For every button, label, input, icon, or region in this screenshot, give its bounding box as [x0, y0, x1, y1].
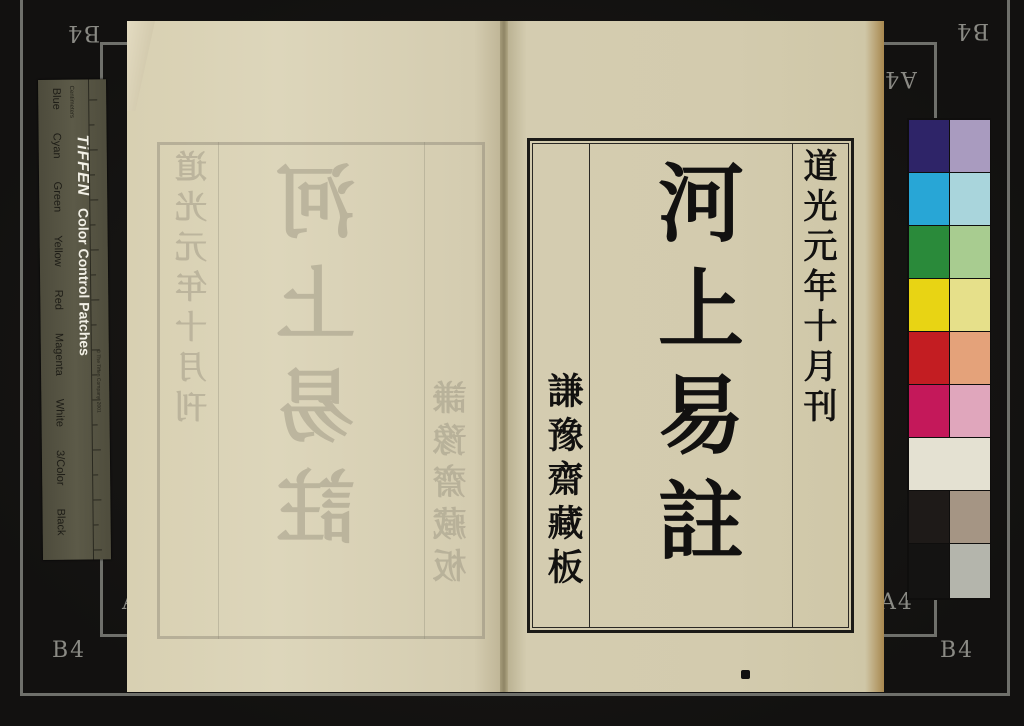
- mat-label-a4-top-right: A4: [883, 66, 917, 91]
- patch-red: [909, 332, 949, 384]
- column-divider-right: [792, 143, 793, 628]
- ghost-column-line: [218, 142, 219, 639]
- patch-yellow: [909, 279, 949, 331]
- patch-tan: [950, 491, 990, 543]
- ruler-label-white: White: [53, 399, 65, 427]
- color-patch-strip: [907, 118, 991, 600]
- mat-label-b4-bottom-left: B4: [52, 638, 86, 663]
- ruler-label-3color: 3/Color: [54, 450, 66, 486]
- patch-yellow-light: [950, 279, 990, 331]
- ruler-tick-marks: [88, 79, 108, 559]
- ruler-label-green: Green: [51, 182, 63, 213]
- ghost-date: 道光元年十月刊: [170, 150, 216, 430]
- tiffen-color-ruler: Blue Cyan Green Yellow Red Magenta White…: [38, 79, 111, 560]
- ink-blot: [741, 670, 750, 679]
- patch-green: [909, 226, 949, 278]
- mat-label-b4-bottom-right: B4: [940, 638, 974, 663]
- column-divider-left: [589, 143, 590, 628]
- book-spine: [500, 21, 508, 692]
- ruler-label-black: Black: [54, 509, 66, 536]
- patch-magenta: [909, 385, 949, 437]
- patch-white: [909, 438, 990, 490]
- ruler-color-labels: Blue Cyan Green Yellow Red Magenta White…: [50, 88, 67, 556]
- ruler-label-cyan: Cyan: [51, 133, 63, 159]
- patch-3color: [909, 491, 949, 543]
- ghost-publisher: 謙豫齋藏板: [428, 380, 477, 590]
- mat-label-b4-top-right: B4: [955, 18, 989, 43]
- patch-blue: [909, 120, 949, 172]
- patch-cyan: [909, 173, 949, 225]
- book-title: 河上易註: [643, 158, 743, 582]
- patch-red-light: [950, 332, 990, 384]
- ruler-label-magenta: Magenta: [53, 333, 65, 376]
- ghost-title: 河上易註: [272, 160, 372, 568]
- mat-label-b4-top-left: B4: [66, 20, 100, 45]
- patch-green-light: [950, 226, 990, 278]
- publication-date: 道光元年十月刊: [797, 148, 837, 428]
- ruler-label-yellow: Yellow: [52, 235, 64, 267]
- ghost-column-line: [424, 142, 425, 639]
- publisher-imprint: 謙豫齋藏板: [541, 372, 585, 592]
- patch-cyan-light: [950, 173, 990, 225]
- patch-gray: [950, 544, 990, 598]
- ruler-label-blue: Blue: [50, 88, 62, 110]
- ruler-label-red: Red: [52, 290, 64, 310]
- patch-blue-light: [950, 120, 990, 172]
- ruler-unit-label: Centimeters: [68, 86, 74, 118]
- patch-magenta-light: [950, 385, 990, 437]
- patch-black: [909, 544, 949, 598]
